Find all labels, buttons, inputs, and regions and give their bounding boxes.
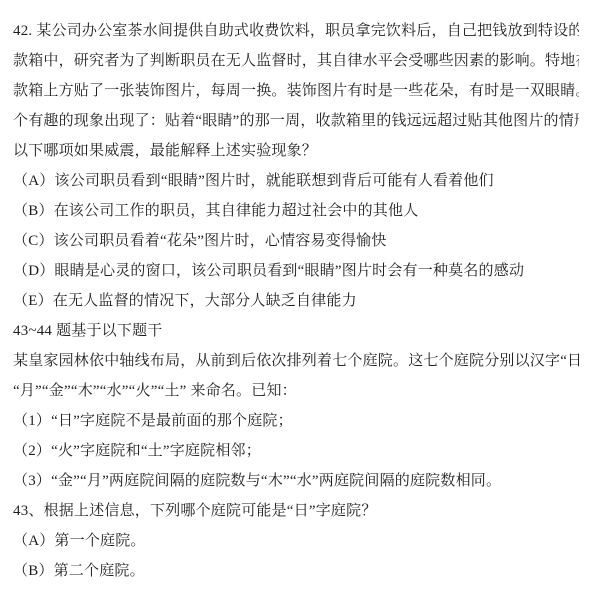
section-43-44-stem-line-2: “月”“金”“木”“水”“火”“土” 来命名。已知： xyxy=(13,376,579,406)
q42-option-c: （C）该公司职员看着“花朵”图片时，心情容易变得愉快 xyxy=(13,226,579,256)
document-page: 42. 某公司办公室茶水间提供自助式收费饮料，职员拿完饮料后，自己把钱放到特设的… xyxy=(0,0,591,603)
section-43-44-stem-line-1: 某皇家园林依中轴线布局，从前到后依次排列着七个庭院。这七个庭院分别以汉字“日” xyxy=(13,346,579,376)
section-43-44-header: 43~44 题基于以下题干 xyxy=(13,316,579,346)
q42-option-a: （A）该公司职员看到“眼睛”图片时，就能联想到背后可能有人看着他们 xyxy=(13,166,579,196)
q42-stem-line-3: 款箱上方贴了一张装饰图片，每周一换。装饰图片有时是一些花朵，有时是一双眼睛。一 xyxy=(13,76,579,106)
q43-option-a: （A）第一个庭院。 xyxy=(13,526,579,556)
q42-stem-line-4: 个有趣的现象出现了：贴着“眼睛”的那一周，收款箱里的钱远远超过贴其他图片的情形。 xyxy=(13,106,579,136)
document-body: 42. 某公司办公室茶水间提供自助式收费饮料，职员拿完饮料后，自己把钱放到特设的… xyxy=(0,0,591,586)
q43-option-b: （B）第二个庭院。 xyxy=(13,556,579,586)
q43-question-line: 43、根据上述信息，下列哪个庭院可能是“日”字庭院？ xyxy=(13,496,579,526)
q42-option-b: （B）在该公司工作的职员，其自律能力超过社会中的其他人 xyxy=(13,196,579,226)
q42-question-line: 以下哪项如果威震，最能解释上述实验现象？ xyxy=(13,136,579,166)
q42-stem-line-1: 42. 某公司办公室茶水间提供自助式收费饮料，职员拿完饮料后，自己把钱放到特设的… xyxy=(13,16,579,46)
q42-option-d: （D）眼睛是心灵的窗口，该公司职员看到“眼睛”图片时会有一种莫名的感动 xyxy=(13,256,579,286)
section-43-44-condition-2: （2）“火”字庭院和“土”字庭院相邻； xyxy=(13,436,579,466)
q42-stem-line-2: 款箱中，研究者为了判断职员在无人监督时，其自律水平会受哪些因素的影响。特地在收 xyxy=(13,46,579,76)
section-43-44-condition-1: （1）“日”字庭院不是最前面的那个庭院； xyxy=(13,406,579,436)
section-43-44-condition-3: （3）“金”“月”两庭院间隔的庭院数与“木”“水”两庭院间隔的庭院数相同。 xyxy=(13,466,579,496)
q42-option-e: （E）在无人监督的情况下，大部分人缺乏自律能力 xyxy=(13,286,579,316)
